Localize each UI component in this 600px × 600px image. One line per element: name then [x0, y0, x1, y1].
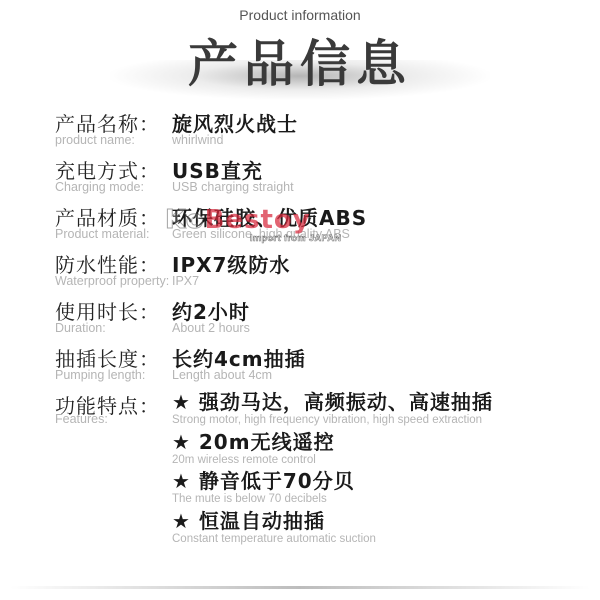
spec-label-en: Charging mode: [55, 180, 144, 194]
feature-text-en: Constant temperature automatic suction [172, 533, 493, 546]
spec-label-en: Features: [55, 412, 108, 426]
feature-text-en: The mute is below 70 decibels [172, 493, 493, 506]
spec-value-en: Length about 4cm [172, 368, 272, 382]
feature-item: ★ 静音低于70分贝 The mute is below 70 decibels [172, 469, 493, 509]
feature-text-en: 20m wireless remote control [172, 454, 493, 467]
spec-value-en: About 2 hours [172, 321, 250, 335]
spec-label-en: Waterproof property: [55, 274, 169, 288]
header-subtitle-en: Product information [0, 7, 600, 23]
spec-value-en: USB charging straight [172, 180, 294, 194]
page-title: 产品信息 [0, 24, 600, 96]
spec-label-en: Product material: [55, 227, 149, 241]
feature-item: ★ 20m无线遥控 20m wireless remote control [172, 430, 493, 470]
spec-label-en: product name: [55, 133, 135, 147]
spec-row-duration: 使用时长： Duration: 约2小时 About 2 hours [55, 296, 575, 343]
feature-text: ★ 恒温自动抽插 [172, 509, 493, 533]
bottom-divider [10, 586, 590, 589]
spec-row-waterproof: 防水性能： Waterproof property: IPX7级防水 IPX7 [55, 249, 575, 296]
feature-item: ★ 恒温自动抽插 Constant temperature automatic … [172, 509, 493, 549]
feature-text-en: Strong motor, high frequency vibration, … [172, 414, 493, 427]
spec-row-charging-mode: 充电方式： Charging mode: USB直充 USB charging … [55, 155, 575, 202]
feature-text: ★ 20m无线遥控 [172, 430, 493, 454]
feature-text: ★ 静音低于70分贝 [172, 469, 493, 493]
feature-text: ★ 强劲马达，高频振动、高速抽插 [172, 390, 493, 414]
spec-value-en: whirlwind [172, 133, 223, 147]
feature-list: ★ 强劲马达，高频振动、高速抽插 Strong motor, high freq… [172, 390, 493, 548]
spec-row-pumping-length: 抽插长度： Pumping length: 长约4cm抽插 Length abo… [55, 343, 575, 390]
feature-item: ★ 强劲马达，高频振动、高速抽插 Strong motor, high freq… [172, 390, 493, 430]
spec-list: 产品名称： product name: 旋风烈火战士 whirlwind 充电方… [55, 108, 575, 390]
spec-label-en: Pumping length: [55, 368, 145, 382]
spec-label-en: Duration: [55, 321, 106, 335]
spec-value-en: Green silicone, high quality ABS [172, 227, 350, 241]
spec-row-material: 产品材质： Product material: 环保硅胶、优质ABS Green… [55, 202, 575, 249]
spec-row-product-name: 产品名称： product name: 旋风烈火战士 whirlwind [55, 108, 575, 155]
spec-value-en: IPX7 [172, 274, 199, 288]
